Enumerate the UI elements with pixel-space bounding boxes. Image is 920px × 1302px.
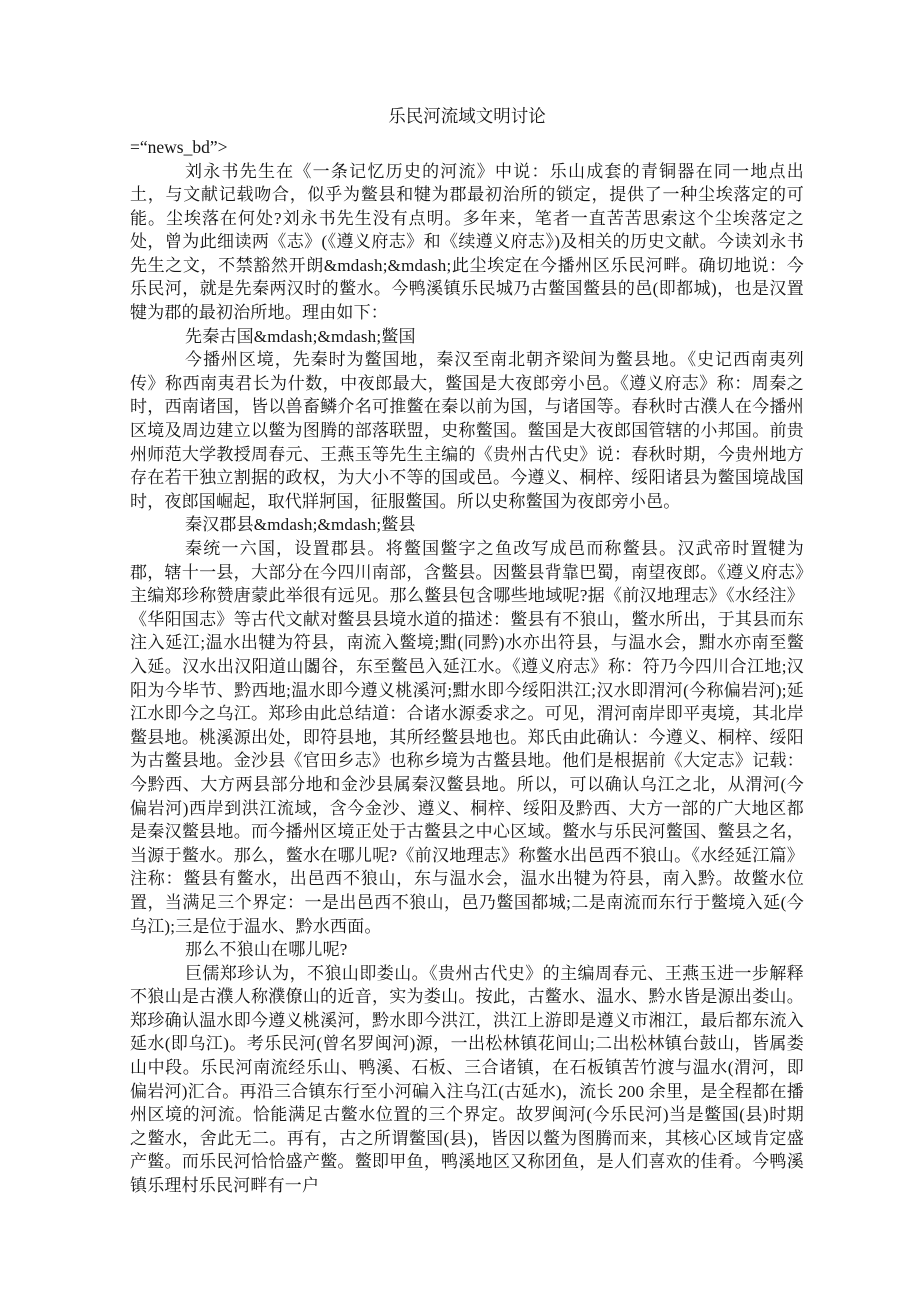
document-page: 乐民河流域文明讨论 =“news_bd”> 刘永书先生在《一条记忆历史的河流》中… <box>0 0 920 1302</box>
paragraph-bulang-mountain: 巨儒郑珍认为，不狼山即娄山。《贵州古代史》的主编周春元、王燕玉进一步解释不狼山是… <box>130 962 804 1198</box>
subhead-bulang-mountain-question: 那么不狼山在哪儿呢? <box>130 938 804 962</box>
document-title: 乐民河流域文明讨论 <box>130 104 804 128</box>
paragraph-bie-state: 今播州区境，先秦时为鳖国地，秦汉至南北朝齐梁间为鳖县地。《史记西南夷列传》称西南… <box>130 348 804 513</box>
meta-fragment-line: =“news_bd”> <box>130 136 804 160</box>
paragraph-intro: 刘永书先生在《一条记忆历史的河流》中说：乐山成套的青铜器在同一地点出土，与文献记… <box>130 160 804 325</box>
paragraph-bie-county: 秦统一六国，设置郡县。将鳖国鳖字之鱼改写成邑而称鳖县。汉武帝时置犍为郡，辖十一县… <box>130 537 804 938</box>
subhead-pre-qin-state: 先秦古国&mdash;&mdash;鳖国 <box>130 325 804 349</box>
document-body: 乐民河流域文明讨论 =“news_bd”> 刘永书先生在《一条记忆历史的河流》中… <box>130 104 804 1198</box>
subhead-qin-han-county: 秦汉郡县&mdash;&mdash;鳖县 <box>130 513 804 537</box>
